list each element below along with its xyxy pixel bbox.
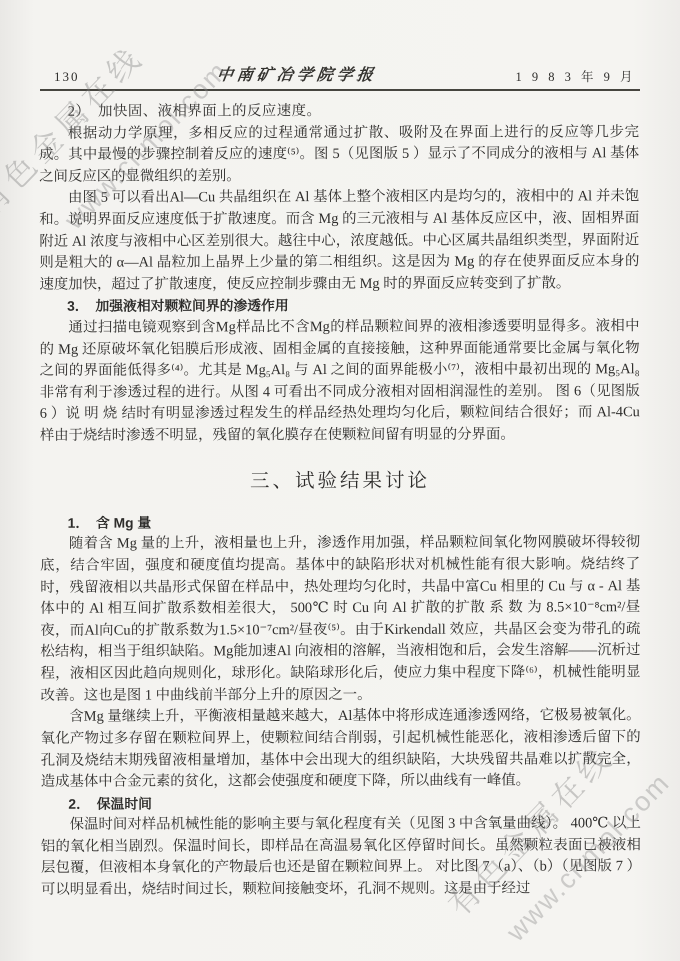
issue-date: 1 9 8 3 年 9 月	[515, 67, 640, 85]
scanned-journal-page: 有色金属在线 www.cnmol.com 有色金属在线 www.cnmol.co…	[0, 0, 680, 961]
paragraph-mg-content-2: 含Mg 量继续上升，平衡液相量越来越大，Al基体中将形成连通渗透网络，它极易被氧…	[41, 706, 641, 794]
page-number: 130	[40, 69, 80, 85]
list-item-2-heading: 2） 加快固、液相界面上的反应速度。	[39, 100, 639, 123]
section-heading-results-discussion: 三、试验结果讨论	[40, 466, 640, 497]
paragraph-holding-time: 保温时间对样品机械性能的影响主要与氧化程度有关（见图 3 中含氧量曲线）。 40…	[41, 813, 641, 901]
paragraph-reaction-kinetics: 根据动力学原理，多相反应的过程通常通过扩散、吸附及在界面上进行的反应等几步完成。…	[39, 122, 639, 188]
running-head: 130 中南矿冶学院学报 1 9 8 3 年 9 月	[40, 0, 640, 91]
subsection-2-holding-time-heading: 2． 保温时间	[41, 792, 641, 815]
journal-title: 中南矿冶学院学报	[216, 62, 379, 85]
list-item-3-heading: 3． 加强液相对颗粒间界的渗透作用	[39, 295, 639, 318]
subsection-1-mg-content-heading: 1． 含 Mg 量	[40, 511, 640, 534]
paragraph-liquid-penetration: 通过扫描电镜观察到含Mg样品比不含Mg的样品颗粒间界的液相渗透要明显得多。液相中…	[40, 316, 640, 447]
paragraph-mg-content-1: 随着含 Mg 量的上升，液相量也上升，渗透作用加强，样品颗粒间氧化物网膜破坏得较…	[40, 533, 640, 707]
article-body: 2） 加快固、液相界面上的反应速度。 根据动力学原理，多相反应的过程通常通过扩散…	[39, 100, 641, 901]
paragraph-figure5-discussion: 由图 5 可以看出Al—Cu 共晶组织在 Al 基体上整个液相区内是均匀的，液相…	[39, 187, 639, 297]
